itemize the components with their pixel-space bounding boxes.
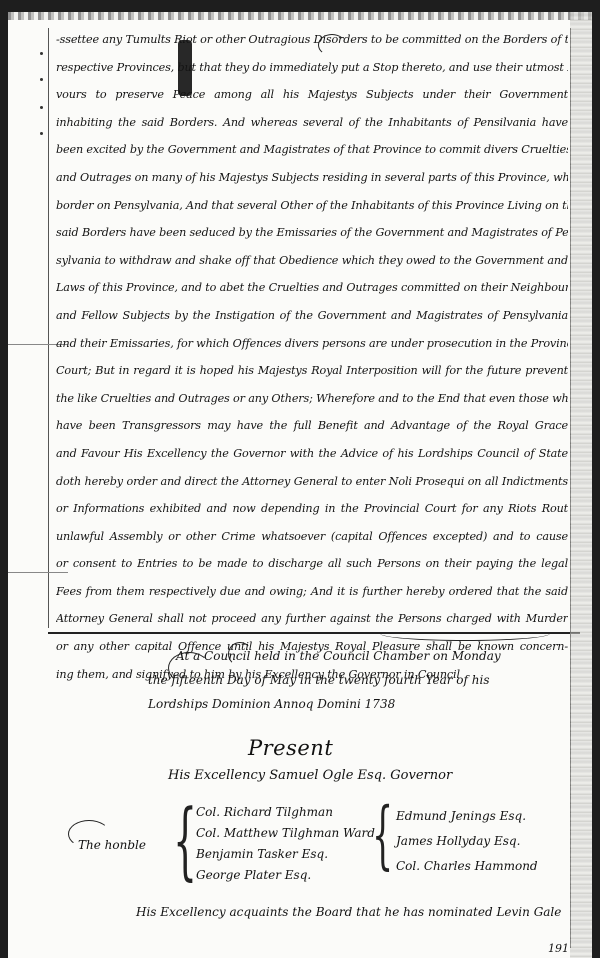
honourable-label: The honble (78, 838, 146, 852)
heading-line: the fifteenth Day of May in the twenty f… (148, 668, 518, 692)
manuscript-page: -ssettee any Tumults Riot or other Outra… (8, 12, 592, 958)
text-line: have been Transgressors may have the ful… (56, 412, 568, 440)
council-meeting-heading: At a Council held in the Council Chamber… (148, 644, 518, 716)
text-line: said Borders have been seduced by the Em… (56, 219, 568, 247)
text-line: and their Emissaries, for which Offences… (56, 330, 568, 358)
left-margin-rule (48, 28, 49, 628)
folio-number: 191 (548, 942, 569, 955)
margin-mark (40, 78, 43, 81)
council-member: Col. Matthew Tilghman Ward (196, 823, 375, 844)
council-members-left: Col. Richard Tilghman Col. Matthew Tilgh… (196, 802, 375, 886)
text-line: doth hereby order and direct the Attorne… (56, 468, 568, 496)
right-margin-rule (570, 28, 571, 948)
section-divider-rule (48, 632, 580, 634)
council-member: Col. Richard Tilghman (196, 802, 375, 823)
council-member: James Hollyday Esq. (396, 829, 538, 854)
text-line: sylvania to withdraw and shake off that … (56, 247, 568, 275)
text-line: and Fellow Subjects by the Instigation o… (56, 302, 568, 330)
heading-line: At a Council held in the Council Chamber… (148, 644, 518, 668)
text-line: Fees from them respectively due and owin… (56, 578, 568, 606)
heading-line: Lordships Dominion Annoq Domini 1738 (148, 692, 518, 716)
margin-mark (40, 106, 43, 109)
text-line: Laws of this Province, and to abet the C… (56, 274, 568, 302)
text-line: inhabiting the said Borders. And whereas… (56, 109, 568, 137)
present-heading: Present (248, 736, 333, 760)
text-line: -ssettee any Tumults Riot or other Outra… (56, 26, 568, 54)
torn-top-edge (8, 12, 592, 20)
closing-text-line: His Excellency acquaints the Board that … (136, 905, 561, 919)
council-member: Benjamin Tasker Esq. (196, 844, 375, 865)
council-member: Col. Charles Hammond (396, 854, 538, 879)
text-line: and Outrages on many of his Majestys Sub… (56, 164, 568, 192)
text-line: the like Cruelties and Outrages or any O… (56, 385, 568, 413)
text-line: vours to preserve Peace among all his Ma… (56, 81, 568, 109)
text-line: and Favour His Excellency the Governor w… (56, 440, 568, 468)
text-line: been excited by the Government and Magis… (56, 136, 568, 164)
margin-mark (40, 132, 43, 135)
text-line: Court; But in regard it is hoped his Maj… (56, 357, 568, 385)
middle-brace-icon: { (372, 798, 393, 872)
text-line: or Informations exhibited and now depend… (56, 495, 568, 523)
order-body-text: -ssettee any Tumults Riot or other Outra… (56, 26, 568, 688)
council-member: Edmund Jenings Esq. (396, 804, 538, 829)
left-brace-icon: { (173, 798, 197, 882)
text-line: or consent to Entries to be made to disc… (56, 550, 568, 578)
flourish-swirl (318, 34, 346, 56)
governor-attendance-line: His Excellency Samuel Ogle Esq. Governor (168, 768, 452, 783)
text-line: respective Provinces, but that they do i… (56, 54, 568, 82)
margin-mark (40, 52, 43, 55)
council-members-right: Edmund Jenings Esq. James Hollyday Esq. … (396, 804, 538, 879)
text-line: unlawful Assembly or other Crime whatsoe… (56, 523, 568, 551)
text-line: border on Pensylvania, And that several … (56, 192, 568, 220)
council-member: George Plater Esq. (196, 865, 375, 886)
